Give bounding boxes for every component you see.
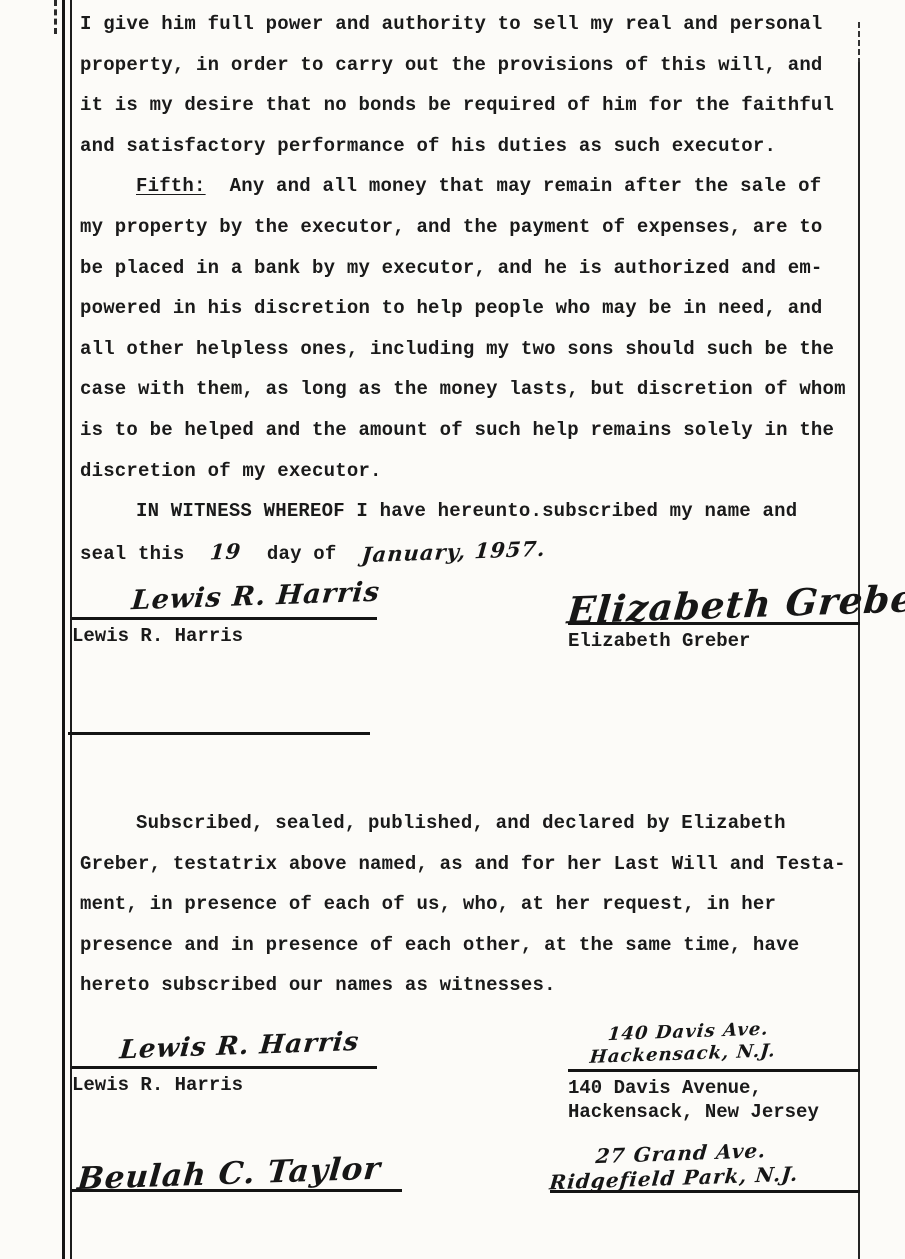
signature-line [568,1069,860,1072]
handwritten-day-number: 19 [208,531,243,573]
body-line: property, in order to carry out the prov… [80,45,862,86]
seal-date-line: seal this 19 day of January, 1957. [80,532,862,575]
body-line: my property by the executor, and the pay… [80,207,862,248]
witness1-typed-address-line1: 140 Davis Avenue, [568,1076,860,1100]
fifth-heading-rest: Any and all money that may remain after … [230,175,822,197]
body-line: it is my desire that no bonds be require… [80,85,862,126]
attestation-line: ment, in presence of each of us, who, at… [80,884,862,925]
attestation-line: Subscribed, sealed, published, and decla… [80,803,862,844]
executor-typed-name: Lewis R. Harris [72,624,377,648]
in-witness-whereof-line: IN WITNESS WHEREOF I have hereunto.subsc… [80,491,862,532]
witness2-signature-block: Beulah C. Taylor [72,1142,402,1192]
body-line: and satisfactory performance of his duti… [80,126,862,167]
signature-line [72,617,377,620]
witness1-typed-address-line2: Hackensack, New Jersey [568,1100,860,1124]
body-line: be placed in a bank by my executor, and … [80,248,862,289]
attestation-line: presence and in presence of each other, … [80,925,862,966]
seal-prefix: seal this [80,543,184,565]
body-line: all other helpless ones, including my tw… [80,329,862,370]
witness1-typed-name: Lewis R. Harris [72,1073,377,1097]
witness1-signature-block: Lewis R. Harris Lewis R. Harris [72,1022,377,1097]
will-body-text: I give him full power and authority to s… [80,4,862,574]
signature-row-main: Lewis R. Harris Lewis R. Harris Elizabet… [80,582,860,653]
body-line: I give him full power and authority to s… [80,4,862,45]
body-line: is to be helped and the amount of such h… [80,410,862,451]
witness1-address-block: 140 Davis Ave. Hackensack, N.J. 140 Davi… [568,1022,860,1124]
witness2-address-block: 27 Grand Ave. Ridgefield Park, N.J. [550,1142,860,1193]
attestation-line: Greber, testatrix above named, as and fo… [80,844,862,885]
attestation-clause: Subscribed, sealed, published, and decla… [80,803,862,1006]
body-line: discretion of my executor. [80,451,862,492]
executor-signature-block: Lewis R. Harris Lewis R. Harris [72,582,377,653]
witness1-handwritten-signature: Lewis R. Harris [70,1027,361,1067]
seal-middle: day of [267,543,337,565]
fifth-clause-first-line: Fifth:Any and all money that may remain … [80,166,862,207]
witness-row-1: Lewis R. Harris Lewis R. Harris 140 Davi… [80,1022,860,1124]
signature-line [72,1066,377,1069]
witness-row-2: Beulah C. Taylor 27 Grand Ave. Ridgefiel… [80,1142,860,1193]
handwritten-date: January, 1957. [360,529,548,576]
blank-signature-line [68,716,370,735]
executor-handwritten-signature: Lewis R. Harris [70,577,381,619]
left-binding-dashed-rule [54,0,57,34]
scanned-will-page: I give him full power and authority to s… [0,0,905,1259]
attestation-line: hereto subscribed our names as witnesses… [80,965,862,1006]
left-binding-double-rule [62,0,72,1259]
testatrix-typed-name: Elizabeth Greber [568,629,860,653]
body-line: case with them, as long as the money las… [80,369,862,410]
fifth-heading: Fifth: [136,175,206,197]
testatrix-signature-block: Elizabeth Greber Elizabeth Greber [568,582,860,653]
body-line: powered in his discretion to help people… [80,288,862,329]
